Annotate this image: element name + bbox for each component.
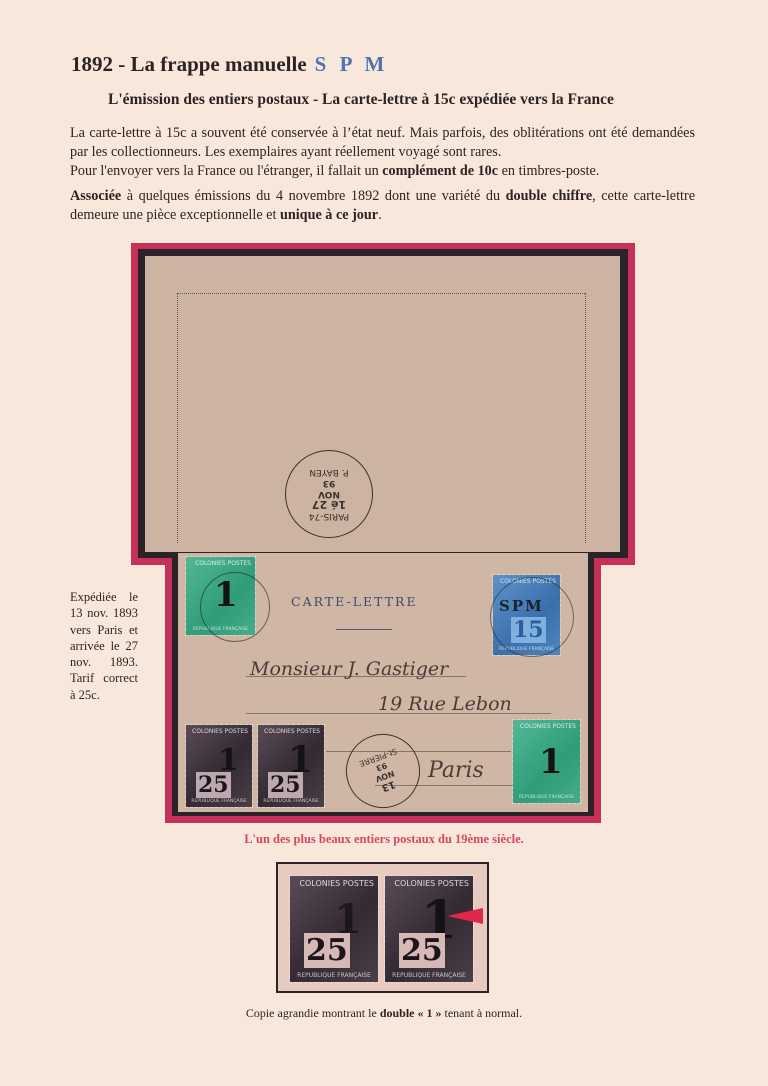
shipping-note: Expédiée le 13 nov. 1893 vers Paris et a… [70,589,138,703]
stamp-25c-left: COLONIES POSTES 1 25 REPUBLIQUE FRANÇAIS… [186,725,252,807]
address-recipient: Monsieur J. Gastiger [250,658,448,680]
decorative-rule [336,629,392,630]
stamp-bottom-text: REPUBLIQUE FRANÇAISE [385,972,473,979]
address-city: Paris [428,758,484,783]
stamp-bottom-text: REPUBLIQUE FRANÇAISE [290,972,378,979]
stamp-bottom-text: REPUBLIQUE FRANÇAISE [186,799,252,804]
stamp-top-text: COLONIES POSTES [258,728,324,735]
title-text: 1892 - La frappe manuelle [71,52,307,76]
stamp-value: 25 [399,933,445,968]
stamp-bottom-text: REPUBLIQUE FRANÇAISE [513,795,580,800]
stamp-top-text: COLONIES POSTES [513,723,580,730]
stamp-bottom-text: REPUBLIQUE FRANÇAISE [258,799,324,804]
cover-caption: L'un des plus beaux entiers postaux du 1… [0,832,768,847]
stamp-cancel [200,572,270,642]
enlarged-stamp-double: COLONIES POSTES 1 25 REPUBLIQUE FRANÇAIS… [385,876,473,982]
postmark-text: PARIS-74 [309,511,349,522]
red-arrow-icon [447,908,483,924]
intro-paragraph-2: Associée à quelques émissions du 4 novem… [70,187,695,225]
enlargement-caption: Copie agrandie montrant le double « 1 » … [0,1006,768,1021]
intro-bold: double chiffre [506,188,593,204]
intro-bold: complément de 10c [382,163,498,179]
stamp-value: 25 [304,933,350,968]
perforation-left [177,293,178,543]
stamp-value: 25 [196,772,231,798]
perforation-right [585,293,586,543]
stamp-top-text: COLONIES POSTES [385,879,473,888]
intro-text: . [378,207,382,223]
stamp-25c-right: COLONIES POSTES 1 25 REPUBLIQUE FRANÇAIS… [258,725,324,807]
intro-bold: unique à ce jour [280,207,378,223]
caption-bold: double « 1 » [380,1006,442,1020]
printed-label: CARTE-LETTRE [291,594,418,609]
postmark-text: P. BAYEN [309,467,349,478]
intro-text: La carte-lettre à 15c a souvent été cons… [70,125,695,160]
page-title: 1892 - La frappe manuelleS P M [71,52,388,77]
card-back-flap [145,256,620,552]
intro-paragraph-1: La carte-lettre à 15c a souvent été cons… [70,124,695,181]
caption-text: Copie agrandie montrant le [246,1006,380,1020]
perforation-top [177,293,585,294]
intro-text: en timbres-poste. [498,163,599,179]
arrival-postmark: PARIS-74 1é 27 NOV 93 P. BAYEN [285,450,373,538]
intro-text: à quelques émissions du 4 novembre 1892 … [121,188,505,204]
stamp-green-bottom-right: COLONIES POSTES 1 REPUBLIQUE FRANÇAISE [513,720,580,803]
stamp-overprint: 1 [539,742,563,782]
stamp-top-text: COLONIES POSTES [186,728,252,735]
intro-bold: Associée [70,188,121,204]
caption-text: tenant à normal. [442,1006,523,1020]
enlarged-stamp-normal: COLONIES POSTES 1 25 REPUBLIQUE FRANÇAIS… [290,876,378,982]
stamp-cancel [490,577,574,657]
title-accent: S P M [315,52,389,76]
address-street: 19 Rue Lebon [378,693,512,715]
postmark-text: 1é 27 [309,500,349,511]
postmark-text: 93 [309,478,349,489]
page-subtitle: L'émission des entiers postaux - La cart… [108,91,614,109]
stamp-top-text: COLONIES POSTES [186,560,255,567]
stamp-value: 25 [268,772,303,798]
intro-text: Pour l'envoyer vers la France ou l'étran… [70,163,382,179]
stamp-top-text: COLONIES POSTES [290,879,378,888]
